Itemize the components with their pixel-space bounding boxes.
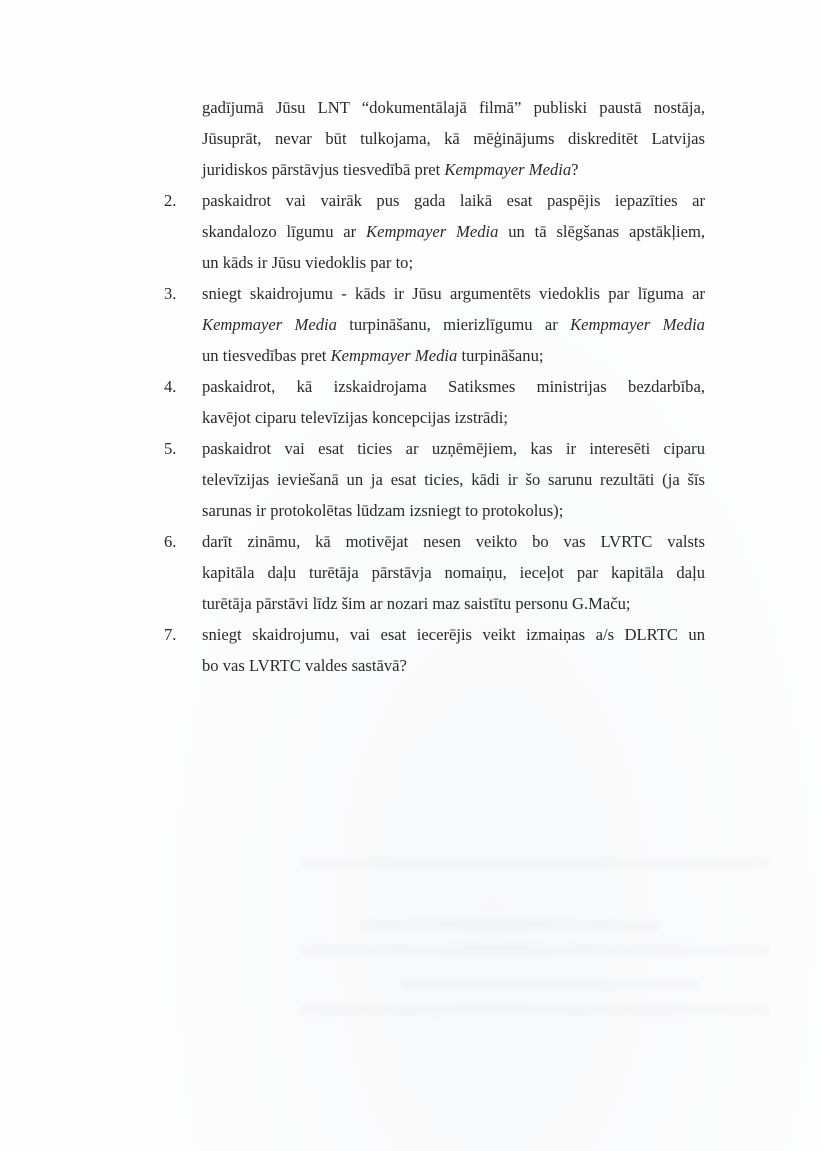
continuation-paragraph: gadījumā Jūsu LNT “dokumentālajā filmā” … <box>164 92 705 185</box>
list-item: 2.paskaidrot vai vairāk pus gada laikā e… <box>164 185 705 278</box>
text-line: paskaidrot vai esat ticies ar uzņēmējiem… <box>202 433 705 464</box>
bleed-through-mark <box>360 920 660 930</box>
item-text: paskaidrot vai vairāk pus gada laikā esa… <box>202 185 705 278</box>
company-name: Kempmayer Media <box>570 315 705 334</box>
document-body: gadījumā Jūsu LNT “dokumentālajā filmā” … <box>164 92 705 681</box>
item-number: 2. <box>164 185 194 216</box>
company-name: Kempmayer Media <box>331 346 458 365</box>
text-line: sarunas ir protokolētas lūdzam izsniegt … <box>202 495 705 526</box>
bleed-through-mark <box>300 858 770 868</box>
item-text: sniegt skaidrojumu - kāds ir Jūsu argume… <box>202 278 705 371</box>
text-line: gadījumā Jūsu LNT “dokumentālajā filmā” … <box>202 92 705 123</box>
text-line: sniegt skaidrojumu, vai esat iecerējis v… <box>202 619 705 650</box>
list-item: 3.sniegt skaidrojumu - kāds ir Jūsu argu… <box>164 278 705 371</box>
text-line: juridiskos pārstāvjus tiesvedībā pret Ke… <box>202 154 705 185</box>
item-number: 7. <box>164 619 194 650</box>
text-line: sniegt skaidrojumu - kāds ir Jūsu argume… <box>202 278 705 309</box>
item-number: 4. <box>164 371 194 402</box>
item-text: darīt zināmu, kā motivējat nesen veikto … <box>202 526 705 619</box>
text-line: skandalozo līgumu ar Kempmayer Media un … <box>202 216 705 247</box>
bleed-through-mark <box>300 945 770 955</box>
list-item: 4.paskaidrot, kā izskaidrojama Satiksmes… <box>164 371 705 433</box>
text-line: kapitāla daļu turētāja pārstāvja nomaiņu… <box>202 557 705 588</box>
list-item: 5.paskaidrot vai esat ticies ar uzņēmēji… <box>164 433 705 526</box>
item-text: paskaidrot, kā izskaidrojama Satiksmes m… <box>202 371 705 433</box>
text-line: kavējot ciparu televīzijas koncepcijas i… <box>202 402 705 433</box>
company-name: Kempmayer Media <box>202 315 337 334</box>
company-name: Kempmayer Media <box>366 222 498 241</box>
text-line: paskaidrot vai vairāk pus gada laikā esa… <box>202 185 705 216</box>
company-name: Kempmayer Media <box>444 160 571 179</box>
text-line: Kempmayer Media turpināšanu, mierizlīgum… <box>202 309 705 340</box>
text-line: televīzijas ieviešanā un ja esat ticies,… <box>202 464 705 495</box>
text-line: paskaidrot, kā izskaidrojama Satiksmes m… <box>202 371 705 402</box>
item-number: 3. <box>164 278 194 309</box>
list-item: 6.darīt zināmu, kā motivējat nesen veikt… <box>164 526 705 619</box>
scanned-page: gadījumā Jūsu LNT “dokumentālajā filmā” … <box>0 0 823 1151</box>
numbered-list: 2.paskaidrot vai vairāk pus gada laikā e… <box>164 185 705 681</box>
text-line: Jūsuprāt, nevar būt tulkojama, kā mēģinā… <box>202 123 705 154</box>
text-line: turētāja pārstāvi līdz šim ar nozari maz… <box>202 588 705 619</box>
list-item: 7.sniegt skaidrojumu, vai esat iecerējis… <box>164 619 705 681</box>
item-number: 5. <box>164 433 194 464</box>
item-number: 6. <box>164 526 194 557</box>
text-line: un tiesvedības pret Kempmayer Media turp… <box>202 340 705 371</box>
text-line: darīt zināmu, kā motivējat nesen veikto … <box>202 526 705 557</box>
item-text: sniegt skaidrojumu, vai esat iecerējis v… <box>202 619 705 681</box>
bleed-through-mark <box>300 1005 770 1015</box>
text-line: bo vas LVRTC valdes sastāvā? <box>202 650 705 681</box>
text-line: un kāds ir Jūsu viedoklis par to; <box>202 247 705 278</box>
bleed-through-mark <box>400 980 700 990</box>
item-text: paskaidrot vai esat ticies ar uzņēmējiem… <box>202 433 705 526</box>
